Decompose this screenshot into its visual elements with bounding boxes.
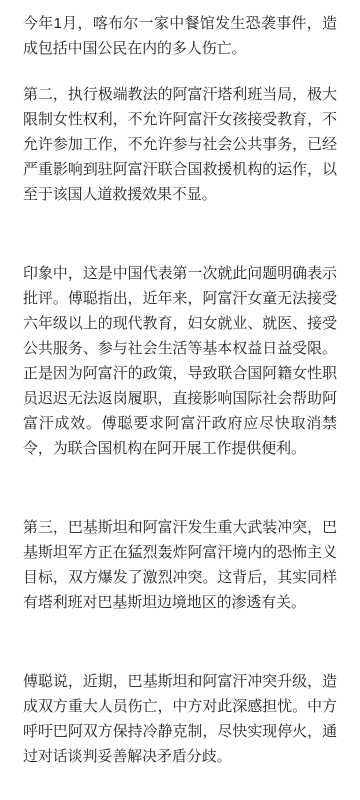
article-page: 今年1月，喀布尔一家中餐馆发生恐袭事件，造成包括中国公民在内的多人伤亡。 第二，…	[0, 0, 360, 800]
paragraph: 傅聪说，近期，巴基斯坦和阿富汗冲突升级，造成双方重大人员伤亡，中方对此深感担忧。…	[23, 670, 337, 770]
paragraph: 第二，执行极端教法的阿富汗塔利班当局，极大限制女性权利，不允许阿富汗女孩接受教育…	[23, 83, 337, 208]
paragraph: 第三，巴基斯坦和阿富汗发生重大武装冲突，巴基斯坦军方正在猛烈轰炸阿富汗境内的恐怖…	[23, 516, 337, 616]
paragraph: 印象中，这是中国代表第一次就此问题明确表示批评。傅聪指出，近年来，阿富汗女童无法…	[23, 262, 337, 462]
article-scroll-area[interactable]: 今年1月，喀布尔一家中餐馆发生恐袭事件，造成包括中国公民在内的多人伤亡。 第二，…	[0, 0, 360, 770]
paragraph: 今年1月，喀布尔一家中餐馆发生恐袭事件，造成包括中国公民在内的多人伤亡。	[23, 12, 337, 62]
